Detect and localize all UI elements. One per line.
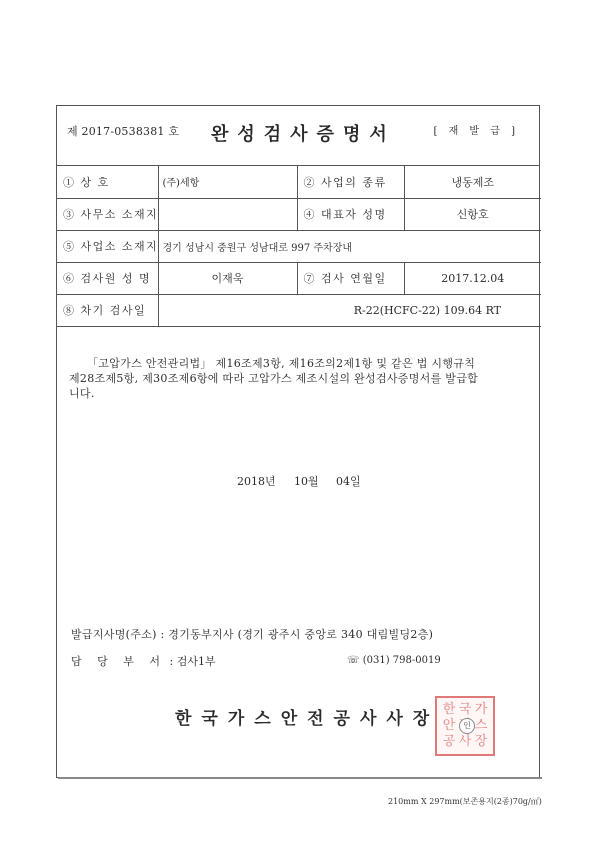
- label-next-inspection: ⑧ 차기 검사일: [57, 294, 158, 326]
- label-office-address: ③ 사무소 소재지: [57, 198, 158, 230]
- info-table: ① 상 호 (주)세항 ② 사업의 종류 냉동제조 ③ 사무소 소재지 ④ 대표…: [57, 166, 541, 327]
- table-row: ⑥ 검사원 성 명 이재욱 ⑦ 검사 연월일 2017.12.04: [57, 262, 541, 294]
- paper-spec: 210mm X 297mm(보존용지(2종)70g/㎡): [388, 796, 542, 807]
- issue-year: 2018년: [237, 473, 276, 489]
- value-next-inspection: R-22(HCFC-22) 109.64 RT: [158, 294, 541, 326]
- value-site-address: 경기 성남시 중원구 성남대로 997 주차장내: [158, 230, 541, 262]
- issuer-name: 한국가스안전공사사장: [175, 704, 439, 729]
- table-row: ⑤ 사업소 소재지 경기 성남시 중원구 성남대로 997 주차장내: [57, 230, 541, 262]
- reissue-label: [ 재 발 급 ]: [434, 122, 520, 137]
- document-title: 완성검사증명서: [211, 120, 396, 146]
- statement-line: 니다.: [69, 386, 529, 401]
- label-representative: ④ 대표자 성명: [297, 198, 404, 230]
- phone-number: ☏ (031) 798-0019: [347, 655, 441, 666]
- label-inspector: ⑥ 검사원 성 명: [57, 262, 158, 294]
- value-representative: 신항호: [404, 198, 541, 230]
- statement-line: 제28조제5항, 제30조제6항에 따라 고압가스 제조시설의 완성검사증명서를…: [69, 371, 529, 386]
- label-site-address: ⑤ 사업소 소재지: [57, 230, 158, 262]
- phone-icon: ☏: [347, 655, 360, 666]
- value-company-name: (주)세항: [158, 166, 297, 198]
- issue-day: 04일: [336, 473, 361, 489]
- table-row: ③ 사무소 소재지 ④ 대표자 성명 신항호: [57, 198, 541, 230]
- seal-center-mark: 인: [459, 718, 475, 734]
- frame-shadow: [58, 777, 542, 779]
- label-inspection-date: ⑦ 검사 연월일: [297, 262, 404, 294]
- official-seal-icon: 한 국 가 안 전 스 공 사 장 인: [435, 696, 495, 756]
- statement-line: 「고압가스 안전관리법」 제16조제3항, 제16조의2제1항 및 같은 법 시…: [69, 356, 529, 371]
- label-company-name: ① 상 호: [57, 166, 158, 198]
- department-value: : 검사1부: [170, 655, 216, 668]
- value-business-type: 냉동제조: [404, 166, 541, 198]
- issue-month: 10월: [294, 473, 319, 489]
- certificate-header: 제 2017-0538381 호 완성검사증명서 [ 재 발 급 ]: [57, 106, 539, 166]
- label-business-type: ② 사업의 종류: [297, 166, 404, 198]
- certificate-statement: 「고압가스 안전관리법」 제16조제3항, 제16조의2제1항 및 같은 법 시…: [69, 356, 529, 401]
- certificate-number: 제 2017-0538381 호: [67, 123, 179, 139]
- issuing-branch: 발급지사명(주소) : 경기동부지사 (경기 광주시 중앙로 340 대림빌딩2…: [71, 626, 433, 642]
- department-label: 담 당 부 서: [71, 655, 166, 668]
- certificate-frame: 제 2017-0538381 호 완성검사증명서 [ 재 발 급 ] ① 상 호…: [56, 105, 540, 778]
- table-row: ① 상 호 (주)세항 ② 사업의 종류 냉동제조: [57, 166, 541, 198]
- value-inspector: 이재욱: [158, 262, 297, 294]
- value-inspection-date: 2017.12.04: [404, 262, 541, 294]
- table-row: ⑧ 차기 검사일 R-22(HCFC-22) 109.64 RT: [57, 294, 541, 326]
- department: 담 당 부 서 : 검사1부: [71, 653, 216, 669]
- value-office-address: [158, 198, 297, 230]
